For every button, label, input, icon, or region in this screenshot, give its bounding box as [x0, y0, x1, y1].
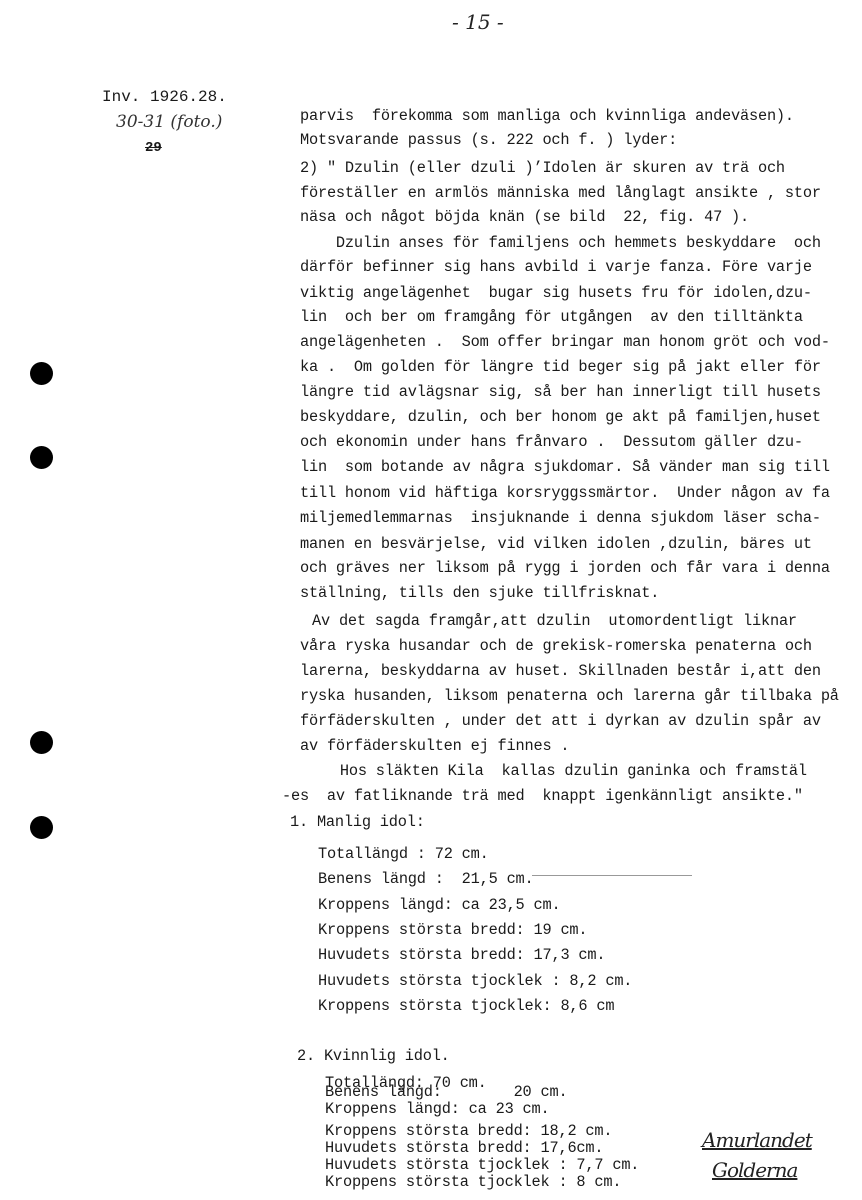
section-title: 1. Manlig idol: [290, 813, 425, 831]
text-line: angelägenheten . Som offer bringar man h… [300, 333, 830, 351]
text-line: larerna, beskyddarna av huset. Skillnade… [300, 662, 821, 680]
text-line: Av det sagda framgår,att dzulin utomorde… [312, 612, 797, 630]
text-line: beskyddare, dzulin, och ber honom ge akt… [300, 408, 821, 426]
measurement-row: Huvudets största bredd: 17,3 cm. [318, 946, 605, 964]
text-line: och gräves ner liksom på rygg i jorden o… [300, 559, 830, 577]
measurement-row: Huvudets största bredd: 17,6cm. [325, 1139, 603, 1157]
measurement-row: Benens längd: 20 cm. [325, 1083, 567, 1101]
text-line: viktig angelägenhet bugar sig husets fru… [300, 284, 812, 302]
punch-hole [30, 731, 53, 754]
handwritten-annotation: Golderna [712, 1158, 797, 1182]
text-line: därför befinner sig hans avbild i varje … [300, 258, 812, 276]
inventory-number: Inv. 1926.28. [102, 88, 227, 106]
struck-out-text [532, 875, 692, 877]
text-line: ryska husanden, liksom penaterna och lar… [300, 687, 839, 705]
measurement-row: Totallängd : 72 cm. [318, 845, 489, 863]
punch-hole [30, 446, 53, 469]
text-line: längre tid avlägsnar sig, så ber han inn… [300, 383, 821, 401]
measurement-row: Kroppens längd: ca 23,5 cm. [318, 896, 560, 914]
struck-number: 29 [145, 140, 162, 156]
text-line: föreställer en armlös människa med långl… [300, 184, 821, 202]
text-line: till honom vid häftiga korsryggssmärtor.… [300, 484, 830, 502]
text-line: -es av fatliknande trä med knappt igenkä… [282, 787, 803, 805]
handwritten-reference: 30-31 (foto.) [116, 112, 222, 132]
section-title: 2. Kvinnlig idol. [297, 1047, 450, 1065]
punch-hole [30, 816, 53, 839]
text-line: våra ryska husandar och de grekisk-romer… [300, 637, 812, 655]
measurement-row: Huvudets största tjocklek : 7,7 cm. [325, 1156, 639, 1174]
text-line: Hos släkten Kila kallas dzulin ganinka o… [286, 762, 807, 780]
text-line: Motsvarande passus (s. 222 och f. ) lyde… [300, 131, 677, 149]
measurement-row: Kroppens största tjocklek: 8,6 cm [318, 997, 614, 1015]
text-line: förfäderskulten , under det att i dyrkan… [300, 712, 821, 730]
text-line: ställning, tills den sjuke tillfrisknat. [300, 584, 659, 602]
measurement-row: Huvudets största tjocklek : 8,2 cm. [318, 972, 632, 990]
text-line: manen en besvärjelse, vid vilken idolen … [300, 535, 812, 553]
page-number: - 15 - [452, 10, 504, 34]
measurement-row: Kroppens längd: ca 23 cm. [325, 1100, 550, 1118]
measurement-row: Kroppens största tjocklek : 8 cm. [325, 1173, 621, 1191]
text-line: ka . Om golden för längre tid beger sig … [300, 358, 821, 376]
measurement-row: Kroppens största bredd: 18,2 cm. [325, 1122, 612, 1140]
measurement-row: Kroppens största bredd: 19 cm. [318, 921, 587, 939]
text-line: av förfäderskulten ej finnes . [300, 737, 569, 755]
text-line: parvis förekomma som manliga och kvinnli… [300, 107, 794, 125]
text-line: näsa och något böjda knän (se bild 22, f… [300, 208, 749, 226]
text-line: lin som botande av några sjukdomar. Så v… [300, 458, 830, 476]
measurement-row: Benens längd : 21,5 cm. [318, 870, 534, 888]
text-line: miljemedlemmarnas insjuknande i denna sj… [300, 509, 821, 527]
punch-hole [30, 362, 53, 385]
text-line: och ekonomin under hans frånvaro . Dessu… [300, 433, 803, 451]
text-line: lin och ber om framgång för utgången av … [300, 308, 803, 326]
handwritten-annotation: Amurlandet [702, 1128, 812, 1152]
text-line: Dzulin anses för familjens och hemmets b… [300, 234, 821, 252]
text-line: 2) " Dzulin (eller dzuli )’Idolen är sku… [300, 159, 785, 177]
